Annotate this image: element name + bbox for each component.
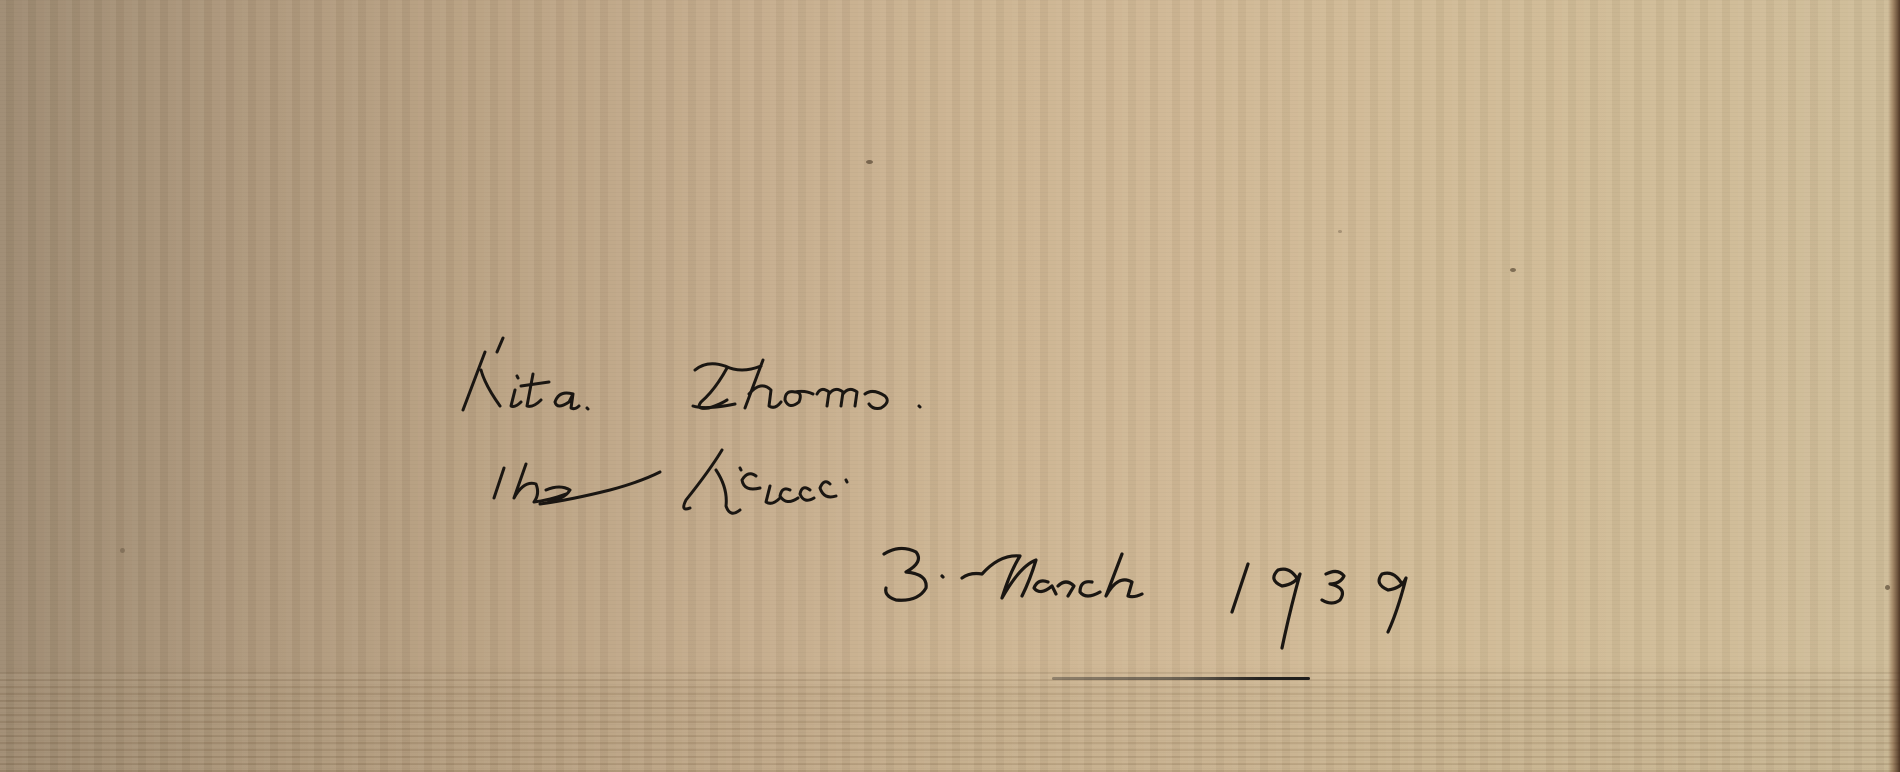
paper-fibers-bottom bbox=[0, 672, 1900, 772]
scanned-page: Rita Thomas bbox=[0, 0, 1900, 772]
inscription-date: 3. March 1939 bbox=[870, 540, 1460, 650]
paper-speck bbox=[1510, 268, 1516, 272]
torn-right-edge bbox=[1888, 0, 1900, 772]
handwriting-strokes bbox=[445, 330, 1035, 420]
handwriting-strokes bbox=[870, 540, 1460, 650]
date-underline bbox=[1052, 677, 1310, 680]
paper-speck bbox=[1338, 230, 1342, 233]
inscription-name: Rita Thomas bbox=[445, 330, 1035, 420]
inscription-relation: his niece bbox=[490, 440, 910, 540]
paper-speck bbox=[120, 548, 125, 553]
paper-speck bbox=[866, 160, 873, 164]
handwriting-strokes bbox=[490, 440, 910, 540]
paper-speck bbox=[1885, 585, 1890, 590]
